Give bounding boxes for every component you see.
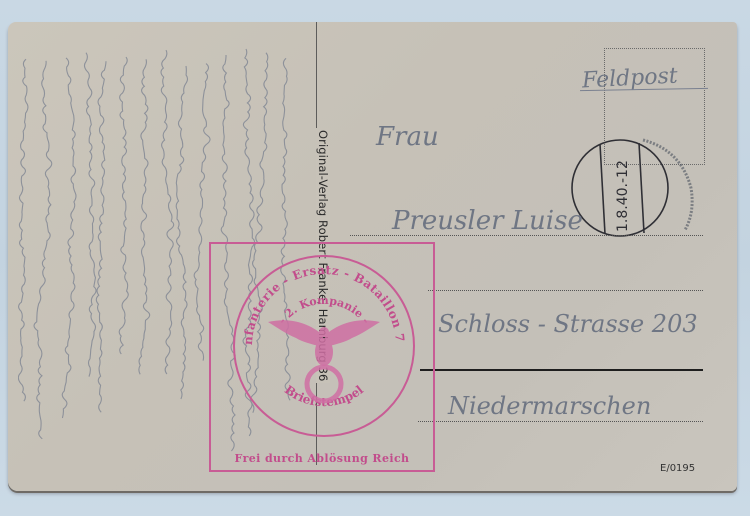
svg-text:Briefstempel: Briefstempel	[282, 382, 366, 409]
postmark: 1.8.40.-12	[563, 130, 713, 250]
address-town: Niedermarschen	[448, 392, 651, 420]
address-street: Schloss - Strasse 203	[438, 310, 698, 338]
postcard: Original-Verlag Robert Franke, Hamburg 3…	[8, 22, 737, 491]
stamp-footer-text: Frei durch Ablösung Reich	[209, 452, 435, 465]
card-code: E/0195	[660, 463, 695, 474]
address-line-2	[428, 290, 703, 291]
address-name: Preusler Luise	[392, 206, 583, 236]
address-line-solid	[420, 369, 703, 371]
military-stamp: Infanterie - Ersatz - Bataillon 72 - 2. …	[226, 248, 422, 444]
address-line-4	[418, 421, 703, 422]
eagle-emblem-icon	[268, 320, 380, 366]
svg-text:1.8.40.-12: 1.8.40.-12	[615, 160, 631, 232]
address-salutation: Frau	[376, 122, 439, 152]
